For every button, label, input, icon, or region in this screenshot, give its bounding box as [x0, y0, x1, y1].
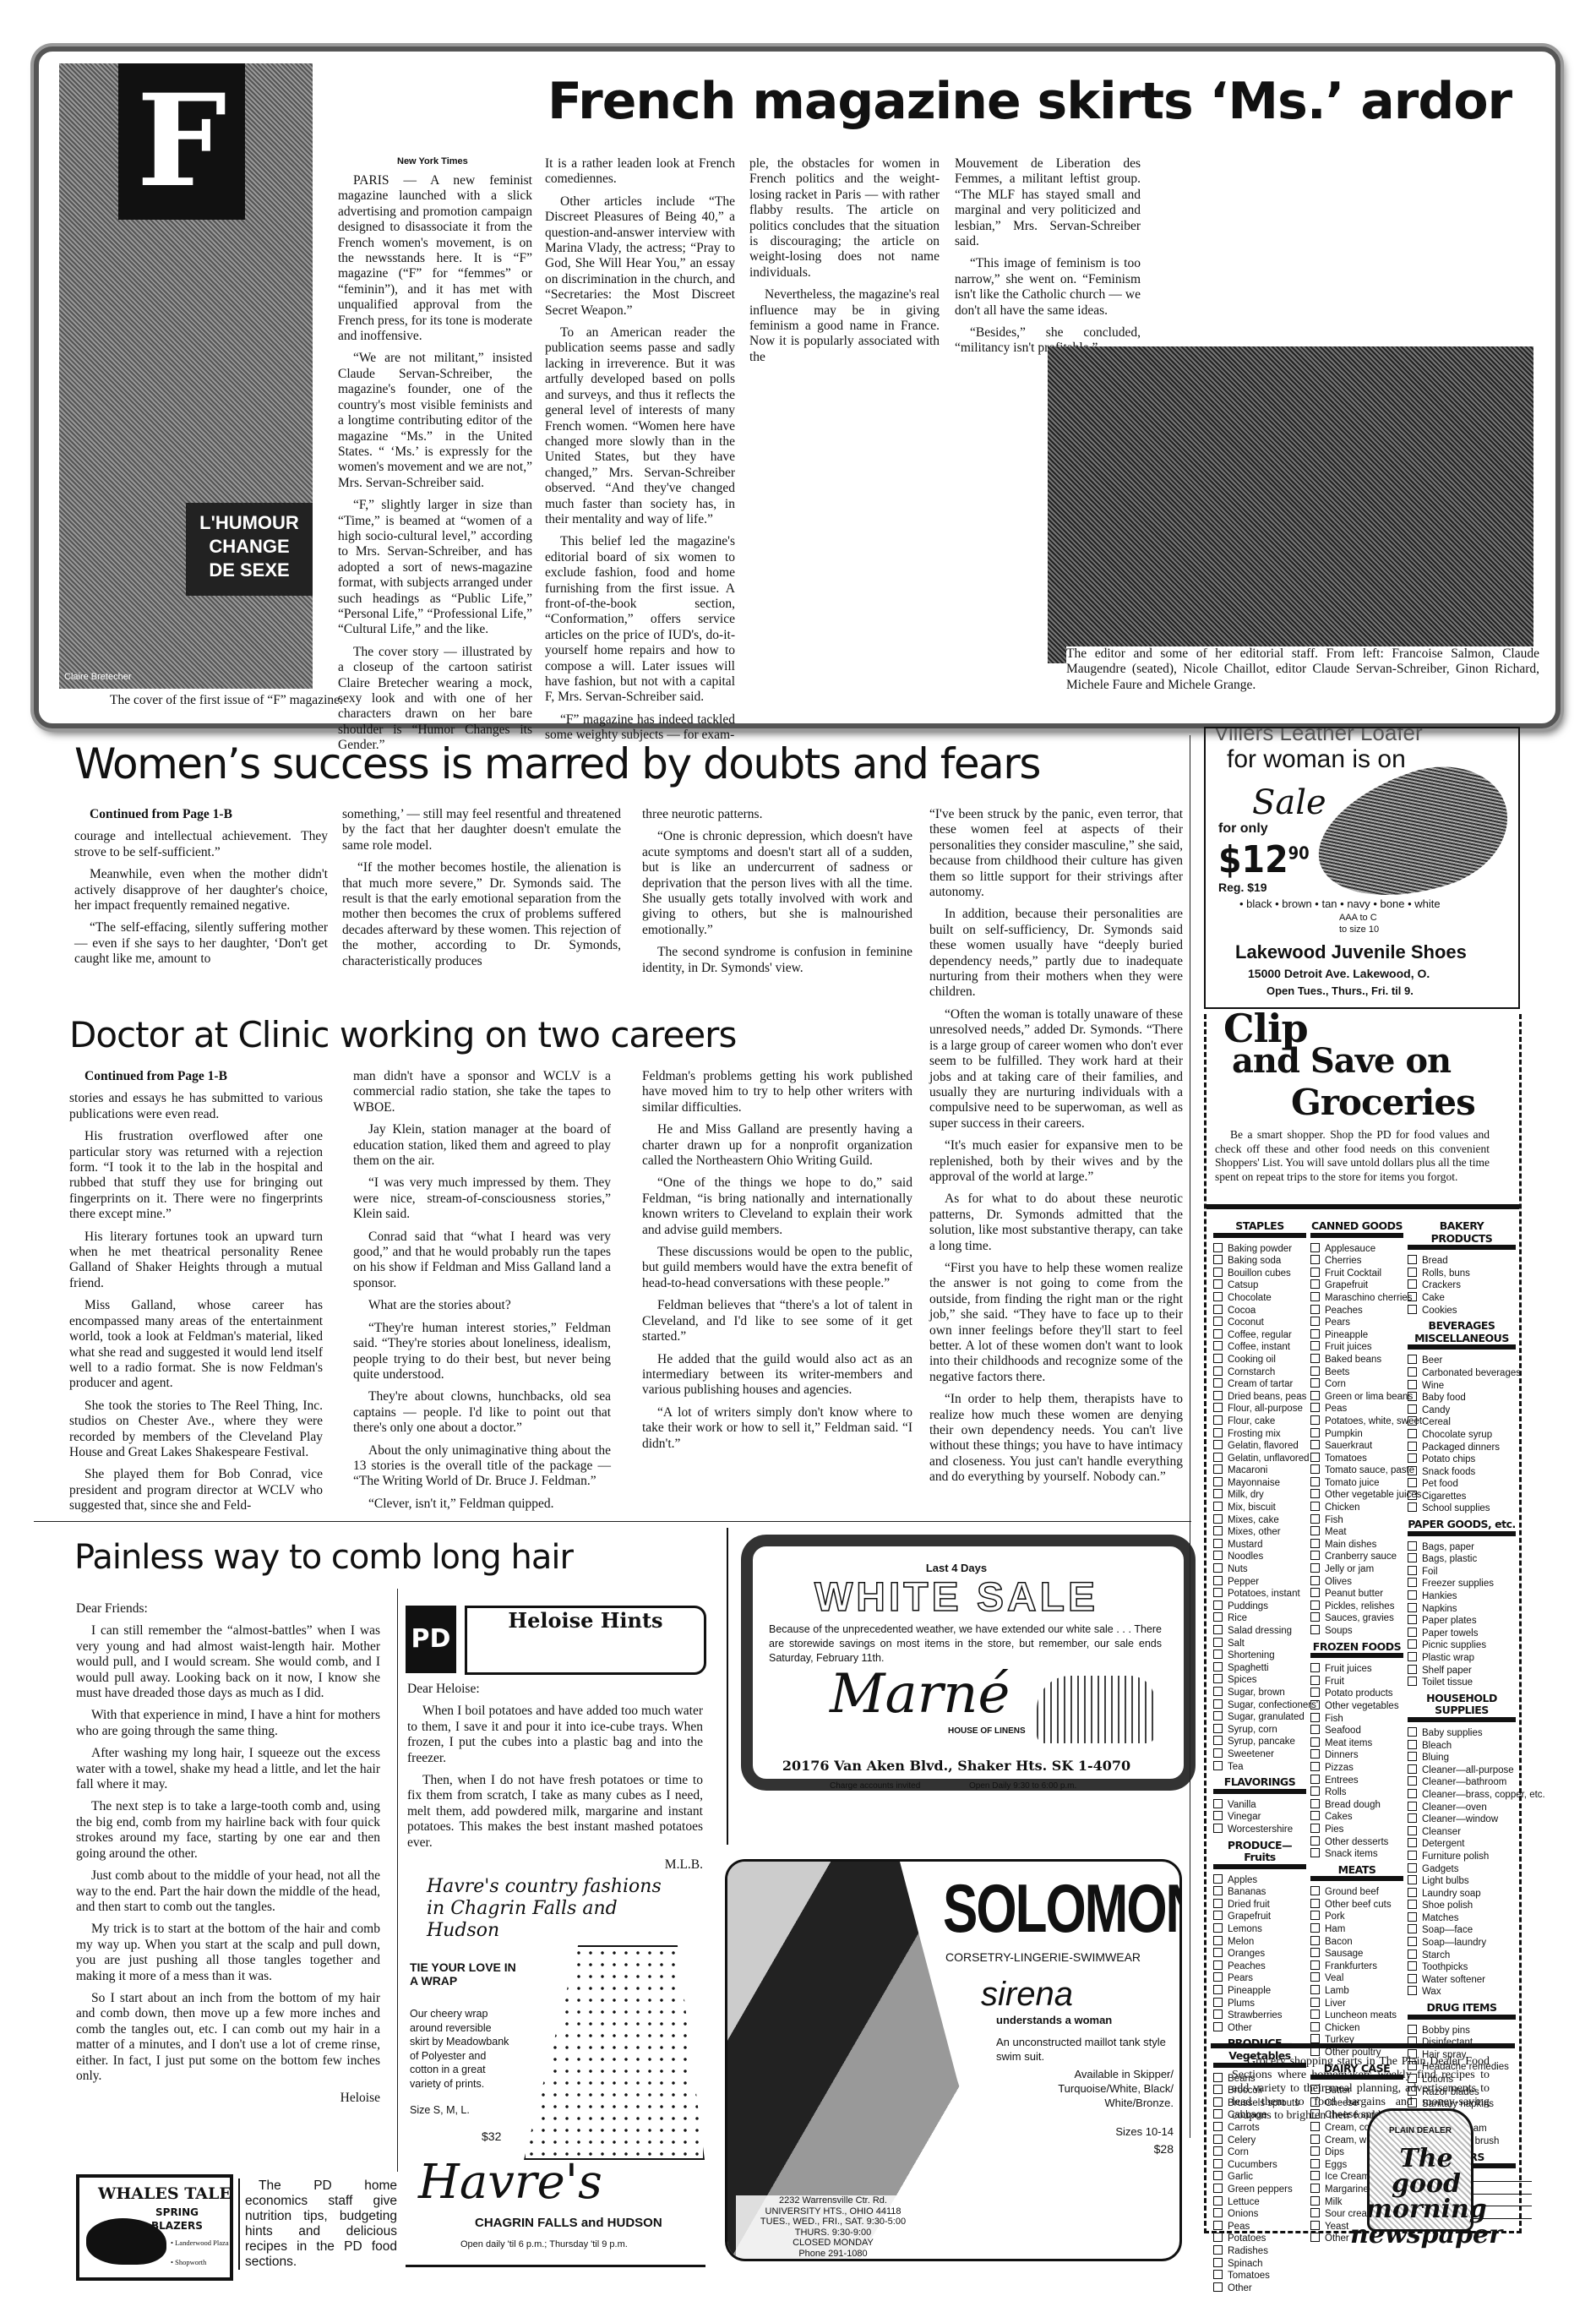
checkbox-icon[interactable]	[1408, 1802, 1417, 1811]
grocery-checkbox-item[interactable]: Sugar, confectioners'	[1213, 1699, 1306, 1712]
checkbox-icon[interactable]	[1408, 1875, 1417, 1884]
checkbox-icon[interactable]	[1213, 1428, 1223, 1437]
grocery-checkbox-item[interactable]: Pineapple	[1310, 1329, 1403, 1342]
grocery-checkbox-item[interactable]: Soap—face	[1408, 1924, 1516, 1937]
grocery-checkbox-item[interactable]: Chocolate	[1213, 1292, 1306, 1305]
checkbox-icon[interactable]	[1310, 1477, 1320, 1486]
checkbox-icon[interactable]	[1213, 2270, 1223, 2279]
checkbox-icon[interactable]	[1310, 1440, 1320, 1449]
grocery-checkbox-item[interactable]: Matches	[1408, 1912, 1516, 1925]
checkbox-icon[interactable]	[1213, 1638, 1223, 1647]
grocery-checkbox-item[interactable]: Ham	[1310, 1923, 1403, 1936]
grocery-checkbox-item[interactable]: Oranges	[1213, 1948, 1306, 1960]
checkbox-icon[interactable]	[1213, 2146, 1223, 2156]
checkbox-icon[interactable]	[1213, 1899, 1223, 1908]
checkbox-icon[interactable]	[1408, 1279, 1417, 1289]
checkbox-icon[interactable]	[1408, 1380, 1417, 1389]
checkbox-icon[interactable]	[1408, 1355, 1417, 1364]
grocery-checkbox-item[interactable]: Napkins	[1408, 1603, 1516, 1616]
grocery-checkbox-item[interactable]: Baked beans	[1310, 1354, 1403, 1366]
checkbox-icon[interactable]	[1310, 1786, 1320, 1796]
checkbox-icon[interactable]	[1408, 1292, 1417, 1301]
checkbox-icon[interactable]	[1213, 1674, 1223, 1683]
checkbox-icon[interactable]	[1310, 1972, 1320, 1982]
checkbox-icon[interactable]	[1408, 1255, 1417, 1264]
checkbox-icon[interactable]	[1310, 1464, 1320, 1474]
checkbox-icon[interactable]	[1213, 1403, 1223, 1412]
checkbox-icon[interactable]	[1213, 1464, 1223, 1474]
grocery-checkbox-item[interactable]: Seafood	[1310, 1725, 1403, 1737]
checkbox-icon[interactable]	[1213, 1874, 1223, 1884]
checkbox-icon[interactable]	[1310, 1526, 1320, 1535]
grocery-checkbox-item[interactable]: Lamb	[1310, 1985, 1403, 1998]
checkbox-icon[interactable]	[1310, 1391, 1320, 1400]
checkbox-icon[interactable]	[1408, 1590, 1417, 1600]
grocery-checkbox-item[interactable]: Salad dressing	[1213, 1625, 1306, 1638]
checkbox-icon[interactable]	[1213, 1502, 1223, 1511]
grocery-checkbox-item[interactable]: Onions	[1213, 2208, 1306, 2221]
checkbox-icon[interactable]	[1213, 1576, 1223, 1585]
checkbox-icon[interactable]	[1310, 1663, 1320, 1672]
grocery-checkbox-item[interactable]: Hankies	[1408, 1590, 1516, 1603]
grocery-checkbox-item[interactable]: Cherries	[1310, 1255, 1403, 1268]
checkbox-icon[interactable]	[1408, 2025, 1417, 2034]
checkbox-icon[interactable]	[1310, 1985, 1320, 1994]
grocery-checkbox-item[interactable]: Cleaner—bathroom	[1408, 1776, 1516, 1789]
grocery-checkbox-item[interactable]: Worcestershire	[1213, 1824, 1306, 1836]
grocery-checkbox-item[interactable]: Pepper	[1213, 1576, 1306, 1589]
checkbox-icon[interactable]	[1310, 2171, 1320, 2180]
grocery-checkbox-item[interactable]: Fish	[1310, 1713, 1403, 1726]
grocery-checkbox-item[interactable]: Cleaner—brass, copper, etc.	[1408, 1789, 1516, 1802]
checkbox-icon[interactable]	[1310, 2184, 1320, 2193]
grocery-checkbox-item[interactable]: Rolls, buns	[1408, 1268, 1516, 1280]
grocery-checkbox-item[interactable]: Maraschino cherries	[1310, 1292, 1403, 1305]
grocery-checkbox-item[interactable]: Detergent	[1408, 1838, 1516, 1851]
checkbox-icon[interactable]	[1310, 1366, 1320, 1376]
checkbox-icon[interactable]	[1310, 2009, 1320, 2019]
grocery-checkbox-item[interactable]: Apples	[1213, 1874, 1306, 1887]
checkbox-icon[interactable]	[1213, 1886, 1223, 1895]
checkbox-icon[interactable]	[1213, 1539, 1223, 1548]
checkbox-icon[interactable]	[1310, 2146, 1320, 2156]
checkbox-icon[interactable]	[1408, 1924, 1417, 1933]
grocery-checkbox-item[interactable]: Sauces, gravies	[1310, 1612, 1403, 1625]
grocery-checkbox-item[interactable]: Pizzas	[1310, 1762, 1403, 1775]
grocery-checkbox-item[interactable]: Radishes	[1213, 2245, 1306, 2258]
checkbox-icon[interactable]	[1213, 1662, 1223, 1671]
grocery-checkbox-item[interactable]: Coconut	[1213, 1317, 1306, 1329]
grocery-checkbox-item[interactable]: Furniture polish	[1408, 1851, 1516, 1863]
checkbox-icon[interactable]	[1213, 1588, 1223, 1597]
checkbox-icon[interactable]	[1213, 1366, 1223, 1376]
grocery-checkbox-item[interactable]: Corn	[1310, 1378, 1403, 1391]
checkbox-icon[interactable]	[1408, 1851, 1417, 1860]
checkbox-icon[interactable]	[1310, 1762, 1320, 1771]
checkbox-icon[interactable]	[1408, 1553, 1417, 1562]
checkbox-icon[interactable]	[1213, 1761, 1223, 1770]
checkbox-icon[interactable]	[1408, 1541, 1417, 1551]
checkbox-icon[interactable]	[1408, 1900, 1417, 1909]
grocery-checkbox-item[interactable]: Tea	[1213, 1761, 1306, 1774]
grocery-checkbox-item[interactable]: Plastic wrap	[1408, 1652, 1516, 1665]
checkbox-icon[interactable]	[1213, 1748, 1223, 1758]
grocery-checkbox-item[interactable]: Water softener	[1408, 1974, 1516, 1987]
checkbox-icon[interactable]	[1310, 1612, 1320, 1622]
checkbox-icon[interactable]	[1213, 1292, 1223, 1301]
grocery-checkbox-item[interactable]: Main dishes	[1310, 1539, 1403, 1551]
grocery-checkbox-item[interactable]: Cookies	[1408, 1305, 1516, 1317]
checkbox-icon[interactable]	[1408, 1937, 1417, 1946]
grocery-checkbox-item[interactable]: Rice	[1213, 1612, 1306, 1625]
grocery-checkbox-item[interactable]: Spaghetti	[1213, 1662, 1306, 1675]
checkbox-icon[interactable]	[1408, 1578, 1417, 1587]
checkbox-icon[interactable]	[1213, 1811, 1223, 1820]
grocery-checkbox-item[interactable]: Cleanser	[1408, 1826, 1516, 1839]
grocery-checkbox-item[interactable]: Light bulbs	[1408, 1875, 1516, 1888]
grocery-checkbox-item[interactable]: Chicken	[1310, 1502, 1403, 1514]
grocery-checkbox-item[interactable]: Potatoes, instant	[1213, 1588, 1306, 1600]
grocery-checkbox-item[interactable]: Ground beef	[1310, 1886, 1403, 1899]
grocery-checkbox-item[interactable]: Strawberries	[1213, 2009, 1306, 2022]
checkbox-icon[interactable]	[1213, 1724, 1223, 1733]
checkbox-icon[interactable]	[1213, 2009, 1223, 2019]
checkbox-icon[interactable]	[1213, 1923, 1223, 1933]
checkbox-icon[interactable]	[1213, 1625, 1223, 1634]
checkbox-icon[interactable]	[1310, 1403, 1320, 1412]
checkbox-icon[interactable]	[1213, 2221, 1223, 2230]
grocery-checkbox-item[interactable]: Rolls	[1310, 1786, 1403, 1799]
grocery-checkbox-item[interactable]: Cooking oil	[1213, 1354, 1306, 1366]
grocery-checkbox-item[interactable]: Dinners	[1310, 1749, 1403, 1762]
checkbox-icon[interactable]	[1213, 2022, 1223, 2031]
checkbox-icon[interactable]	[1310, 2159, 1320, 2168]
grocery-checkbox-item[interactable]: Carbonated beverages	[1408, 1367, 1516, 1380]
grocery-checkbox-item[interactable]: Toothpicks	[1408, 1961, 1516, 1974]
grocery-checkbox-item[interactable]: Cleaner—window	[1408, 1813, 1516, 1826]
grocery-checkbox-item[interactable]: Pumpkin	[1310, 1428, 1403, 1441]
checkbox-icon[interactable]	[1213, 2233, 1223, 2242]
grocery-checkbox-item[interactable]: Syrup, corn	[1213, 1724, 1306, 1737]
grocery-checkbox-item[interactable]: Coffee, instant	[1213, 1341, 1306, 1354]
grocery-checkbox-item[interactable]: Flour, all-purpose	[1213, 1403, 1306, 1415]
checkbox-icon[interactable]	[1408, 1752, 1417, 1761]
checkbox-icon[interactable]	[1310, 1378, 1320, 1388]
checkbox-icon[interactable]	[1213, 2135, 1223, 2144]
checkbox-icon[interactable]	[1310, 1923, 1320, 1933]
checkbox-icon[interactable]	[1310, 1899, 1320, 1908]
checkbox-icon[interactable]	[1213, 1391, 1223, 1400]
grocery-checkbox-item[interactable]: Freezer supplies	[1408, 1578, 1516, 1590]
checkbox-icon[interactable]	[1310, 1749, 1320, 1759]
checkbox-icon[interactable]	[1408, 1652, 1417, 1661]
checkbox-icon[interactable]	[1310, 1341, 1320, 1350]
checkbox-icon[interactable]	[1310, 1489, 1320, 1498]
checkbox-icon[interactable]	[1213, 1960, 1223, 1970]
checkbox-icon[interactable]	[1213, 1911, 1223, 1920]
grocery-checkbox-item[interactable]: Dried beans, peas	[1213, 1391, 1306, 1404]
checkbox-icon[interactable]	[1408, 1665, 1417, 1674]
grocery-checkbox-item[interactable]: Peas	[1213, 2221, 1306, 2233]
grocery-checkbox-item[interactable]: Fish	[1310, 1514, 1403, 1527]
checkbox-icon[interactable]	[1213, 2122, 1223, 2131]
grocery-checkbox-item[interactable]: Paper plates	[1408, 1615, 1516, 1628]
grocery-checkbox-item[interactable]: Tomatoes	[1310, 1453, 1403, 1465]
checkbox-icon[interactable]	[1213, 1477, 1223, 1486]
checkbox-icon[interactable]	[1213, 2159, 1223, 2168]
grocery-checkbox-item[interactable]: Fruit juices	[1310, 1341, 1403, 1354]
checkbox-icon[interactable]	[1310, 1700, 1320, 1710]
grocery-checkbox-item[interactable]: Pies	[1310, 1824, 1403, 1836]
checkbox-icon[interactable]	[1310, 1279, 1320, 1289]
grocery-checkbox-item[interactable]: Green peppers	[1213, 2184, 1306, 2196]
checkbox-icon[interactable]	[1213, 2073, 1223, 2082]
checkbox-icon[interactable]	[1310, 2196, 1320, 2206]
grocery-checkbox-item[interactable]: Mixes, other	[1213, 1526, 1306, 1539]
checkbox-icon[interactable]	[1408, 1478, 1417, 1487]
checkbox-icon[interactable]	[1213, 1453, 1223, 1462]
grocery-checkbox-item[interactable]: Chocolate syrup	[1408, 1429, 1516, 1442]
grocery-checkbox-item[interactable]: Gelatin, unflavored	[1213, 1453, 1306, 1465]
grocery-checkbox-item[interactable]: Frankfurters	[1310, 1960, 1403, 1973]
grocery-checkbox-item[interactable]: Gadgets	[1408, 1863, 1516, 1876]
grocery-checkbox-item[interactable]: Garlic	[1213, 2171, 1306, 2184]
checkbox-icon[interactable]	[1213, 1415, 1223, 1425]
grocery-checkbox-item[interactable]: Olives	[1310, 1576, 1403, 1589]
checkbox-icon[interactable]	[1310, 2208, 1320, 2217]
grocery-checkbox-item[interactable]: Lemons	[1213, 1923, 1306, 1936]
checkbox-icon[interactable]	[1213, 1736, 1223, 1745]
checkbox-icon[interactable]	[1310, 1576, 1320, 1585]
grocery-checkbox-item[interactable]: Potatoes	[1213, 2233, 1306, 2245]
checkbox-icon[interactable]	[1310, 1948, 1320, 1957]
grocery-checkbox-item[interactable]: Other vegetables	[1310, 1700, 1403, 1713]
grocery-checkbox-item[interactable]: Chicken	[1310, 2022, 1403, 2035]
checkbox-icon[interactable]	[1213, 1998, 1223, 2007]
checkbox-icon[interactable]	[1408, 1961, 1417, 1971]
checkbox-icon[interactable]	[1408, 1466, 1417, 1475]
checkbox-icon[interactable]	[1310, 1886, 1320, 1895]
checkbox-icon[interactable]	[1310, 2022, 1320, 2031]
grocery-checkbox-item[interactable]: Plums	[1213, 1998, 1306, 2010]
checkbox-icon[interactable]	[1213, 1948, 1223, 1957]
checkbox-icon[interactable]	[1310, 2034, 1320, 2043]
grocery-checkbox-item[interactable]: Potato products	[1310, 1688, 1403, 1700]
grocery-checkbox-item[interactable]: Cornstarch	[1213, 1366, 1306, 1379]
grocery-checkbox-item[interactable]: Pineapple	[1213, 1985, 1306, 1998]
grocery-checkbox-item[interactable]: Other	[1213, 2022, 1306, 2035]
checkbox-icon[interactable]	[1213, 1612, 1223, 1622]
grocery-checkbox-item[interactable]: Cereal	[1408, 1416, 1516, 1429]
grocery-checkbox-item[interactable]: Cream of tartar	[1213, 1378, 1306, 1391]
checkbox-icon[interactable]	[1213, 1329, 1223, 1339]
grocery-checkbox-item[interactable]: Macaroni	[1213, 1464, 1306, 1477]
grocery-checkbox-item[interactable]: Cake	[1408, 1292, 1516, 1305]
grocery-checkbox-item[interactable]: Foil	[1408, 1566, 1516, 1579]
checkbox-icon[interactable]	[1408, 1789, 1417, 1798]
checkbox-icon[interactable]	[1310, 1292, 1320, 1301]
grocery-checkbox-item[interactable]: Dried fruit	[1213, 1899, 1306, 1911]
grocery-checkbox-item[interactable]: Other vegetable juices	[1310, 1489, 1403, 1502]
checkbox-icon[interactable]	[1408, 1404, 1417, 1414]
grocery-checkbox-item[interactable]: Laundry soap	[1408, 1888, 1516, 1900]
grocery-checkbox-item[interactable]: Sugar, granulated	[1213, 1711, 1306, 1724]
checkbox-icon[interactable]	[1408, 1416, 1417, 1426]
grocery-checkbox-item[interactable]: Cranberry sauce	[1310, 1551, 1403, 1563]
grocery-checkbox-item[interactable]: Coffee, regular	[1213, 1329, 1306, 1342]
grocery-checkbox-item[interactable]: Vinegar	[1213, 1811, 1306, 1824]
checkbox-icon[interactable]	[1310, 2233, 1320, 2242]
checkbox-icon[interactable]	[1310, 1836, 1320, 1846]
checkbox-icon[interactable]	[1213, 1354, 1223, 1363]
checkbox-icon[interactable]	[1213, 2097, 1223, 2107]
grocery-checkbox-item[interactable]: Grapefruit	[1310, 1279, 1403, 1292]
checkbox-icon[interactable]	[1213, 1317, 1223, 1326]
grocery-checkbox-item[interactable]: Tomatoes	[1213, 2270, 1306, 2282]
grocery-checkbox-item[interactable]: Mayonnaise	[1213, 1477, 1306, 1490]
grocery-checkbox-item[interactable]: Milk, dry	[1213, 1489, 1306, 1502]
grocery-checkbox-item[interactable]: Melon	[1213, 1936, 1306, 1949]
grocery-checkbox-item[interactable]: Shelf paper	[1408, 1665, 1516, 1677]
checkbox-icon[interactable]	[1310, 1936, 1320, 1945]
checkbox-icon[interactable]	[1408, 1764, 1417, 1774]
grocery-checkbox-item[interactable]: Fruit	[1310, 1676, 1403, 1688]
checkbox-icon[interactable]	[1310, 1799, 1320, 1808]
checkbox-icon[interactable]	[1310, 1737, 1320, 1747]
checkbox-icon[interactable]	[1213, 2245, 1223, 2255]
grocery-checkbox-item[interactable]: Potato chips	[1408, 1453, 1516, 1466]
grocery-checkbox-item[interactable]: Syrup, pancake	[1213, 1736, 1306, 1748]
grocery-checkbox-item[interactable]: Mixes, cake	[1213, 1514, 1306, 1527]
checkbox-icon[interactable]	[1408, 1502, 1417, 1512]
grocery-checkbox-item[interactable]: Bouillon cubes	[1213, 1268, 1306, 1280]
grocery-checkbox-item[interactable]: Starch	[1408, 1949, 1516, 1962]
checkbox-icon[interactable]	[1408, 1813, 1417, 1823]
checkbox-icon[interactable]	[1408, 1863, 1417, 1873]
grocery-checkbox-item[interactable]: Lettuce	[1213, 2196, 1306, 2209]
checkbox-icon[interactable]	[1310, 1775, 1320, 1784]
checkbox-icon[interactable]	[1408, 1639, 1417, 1649]
checkbox-icon[interactable]	[1213, 2184, 1223, 2193]
grocery-checkbox-item[interactable]: Mustard	[1213, 1539, 1306, 1551]
checkbox-icon[interactable]	[1310, 1514, 1320, 1524]
grocery-checkbox-item[interactable]: Beer	[1408, 1355, 1516, 1367]
grocery-checkbox-item[interactable]: Other	[1213, 2282, 1306, 2295]
grocery-checkbox-item[interactable]: Baking soda	[1213, 1255, 1306, 1268]
grocery-checkbox-item[interactable]: Tomato sauce, paste	[1310, 1464, 1403, 1477]
grocery-checkbox-item[interactable]: Pickles, relishes	[1310, 1600, 1403, 1613]
grocery-checkbox-item[interactable]: Soap—laundry	[1408, 1937, 1516, 1949]
grocery-checkbox-item[interactable]: Potatoes, white, sweet	[1310, 1415, 1403, 1428]
grocery-checkbox-item[interactable]: Bags, paper	[1408, 1541, 1516, 1554]
grocery-checkbox-item[interactable]: Celery	[1213, 2135, 1306, 2147]
grocery-checkbox-item[interactable]: Shoe polish	[1408, 1900, 1516, 1912]
checkbox-icon[interactable]	[1408, 1949, 1417, 1959]
checkbox-icon[interactable]	[1310, 1600, 1320, 1610]
checkbox-icon[interactable]	[1213, 1341, 1223, 1350]
grocery-checkbox-item[interactable]: Peaches	[1310, 1305, 1403, 1317]
checkbox-icon[interactable]	[1213, 1378, 1223, 1388]
grocery-checkbox-item[interactable]: Peas	[1310, 1403, 1403, 1415]
checkbox-icon[interactable]	[1310, 1625, 1320, 1634]
grocery-checkbox-item[interactable]: Corn	[1213, 2146, 1306, 2159]
checkbox-icon[interactable]	[1310, 1329, 1320, 1339]
checkbox-icon[interactable]	[1213, 2196, 1223, 2206]
grocery-checkbox-item[interactable]: Applesauce	[1310, 1243, 1403, 1256]
grocery-checkbox-item[interactable]: Spices	[1213, 1674, 1306, 1687]
checkbox-icon[interactable]	[1213, 1799, 1223, 1808]
checkbox-icon[interactable]	[1213, 1563, 1223, 1573]
grocery-checkbox-item[interactable]: Puddings	[1213, 1600, 1306, 1613]
checkbox-icon[interactable]	[1213, 2282, 1223, 2292]
grocery-checkbox-item[interactable]: School supplies	[1408, 1502, 1516, 1515]
grocery-checkbox-item[interactable]: Sausage	[1310, 1948, 1403, 1960]
checkbox-icon[interactable]	[1213, 1699, 1223, 1709]
grocery-checkbox-item[interactable]: Tomato juice	[1310, 1477, 1403, 1490]
grocery-checkbox-item[interactable]: Cakes	[1310, 1811, 1403, 1824]
grocery-checkbox-item[interactable]: Bluing	[1408, 1752, 1516, 1764]
grocery-checkbox-item[interactable]: Bobby pins	[1408, 2025, 1516, 2037]
grocery-checkbox-item[interactable]: Other beef cuts	[1310, 1899, 1403, 1911]
grocery-checkbox-item[interactable]: Toilet tissue	[1408, 1677, 1516, 1689]
checkbox-icon[interactable]	[1408, 1677, 1417, 1686]
checkbox-icon[interactable]	[1310, 2122, 1320, 2131]
checkbox-icon[interactable]	[1213, 1711, 1223, 1720]
checkbox-icon[interactable]	[1213, 1824, 1223, 1833]
grocery-checkbox-item[interactable]: Salt	[1213, 1638, 1306, 1650]
checkbox-icon[interactable]	[1408, 1986, 1417, 1995]
grocery-checkbox-item[interactable]: Green or lima beans	[1310, 1391, 1403, 1404]
checkbox-icon[interactable]	[1408, 1491, 1417, 1500]
checkbox-icon[interactable]	[1213, 2171, 1223, 2180]
checkbox-icon[interactable]	[1310, 1539, 1320, 1548]
checkbox-icon[interactable]	[1408, 1566, 1417, 1575]
grocery-checkbox-item[interactable]: Carrots	[1213, 2122, 1306, 2135]
grocery-checkbox-item[interactable]: Entrees	[1310, 1775, 1403, 1787]
checkbox-icon[interactable]	[1408, 1305, 1417, 1314]
grocery-checkbox-item[interactable]: Meat items	[1310, 1737, 1403, 1750]
grocery-checkbox-item[interactable]: Catsup	[1213, 1279, 1306, 1292]
grocery-checkbox-item[interactable]: Cleaner—oven	[1408, 1802, 1516, 1814]
grocery-checkbox-item[interactable]: Baking powder	[1213, 1243, 1306, 1256]
grocery-checkbox-item[interactable]: Noodles	[1213, 1551, 1306, 1563]
checkbox-icon[interactable]	[1408, 1453, 1417, 1463]
checkbox-icon[interactable]	[1408, 1392, 1417, 1401]
grocery-checkbox-item[interactable]: Flour, cake	[1213, 1415, 1306, 1428]
grocery-checkbox-item[interactable]: Other desserts	[1310, 1836, 1403, 1849]
checkbox-icon[interactable]	[1310, 1255, 1320, 1264]
checkbox-icon[interactable]	[1408, 1826, 1417, 1835]
grocery-checkbox-item[interactable]: Cucumbers	[1213, 2159, 1306, 2172]
grocery-checkbox-item[interactable]: Bread dough	[1310, 1799, 1403, 1812]
checkbox-icon[interactable]	[1310, 1453, 1320, 1462]
grocery-checkbox-item[interactable]: Shortening	[1213, 1650, 1306, 1662]
checkbox-icon[interactable]	[1310, 1563, 1320, 1573]
grocery-checkbox-item[interactable]: Pears	[1310, 1317, 1403, 1329]
checkbox-icon[interactable]	[1310, 2221, 1320, 2230]
grocery-checkbox-item[interactable]: Jelly or jam	[1310, 1563, 1403, 1576]
checkbox-icon[interactable]	[1310, 1243, 1320, 1252]
checkbox-icon[interactable]	[1310, 1824, 1320, 1833]
checkbox-icon[interactable]	[1310, 1415, 1320, 1425]
checkbox-icon[interactable]	[1408, 1888, 1417, 1897]
checkbox-icon[interactable]	[1213, 1551, 1223, 1560]
checkbox-icon[interactable]	[1213, 1650, 1223, 1659]
checkbox-icon[interactable]	[1408, 1429, 1417, 1438]
grocery-checkbox-item[interactable]: Candy	[1408, 1404, 1516, 1417]
grocery-checkbox-item[interactable]: Beets	[1310, 1366, 1403, 1379]
checkbox-icon[interactable]	[1408, 1776, 1417, 1786]
